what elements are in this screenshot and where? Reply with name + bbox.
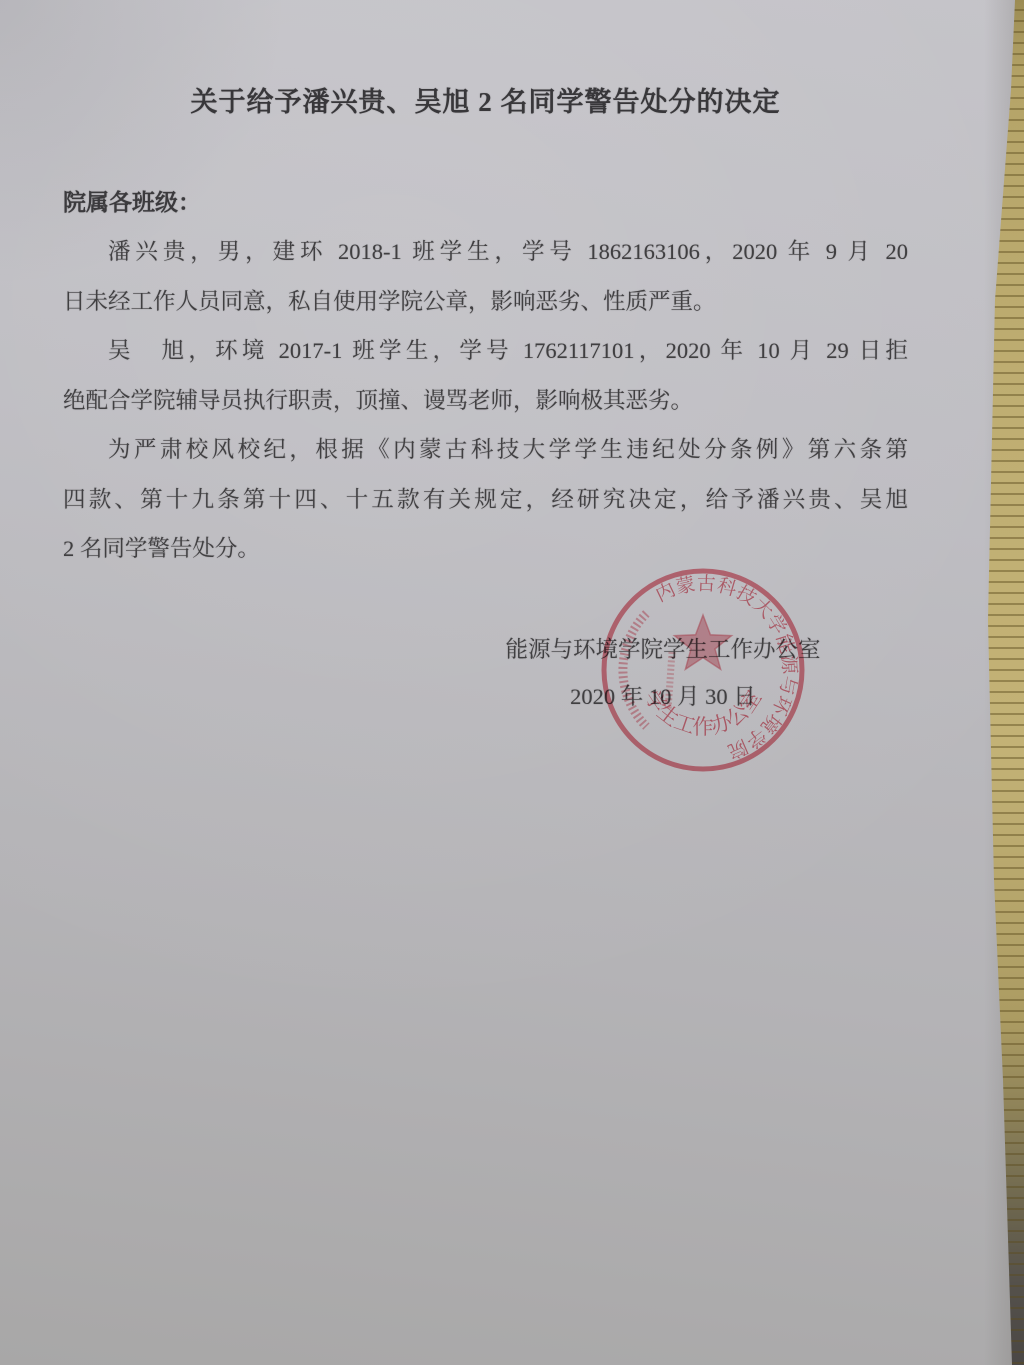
paragraph-3-line-2: 四款、第十九条第十四、十五款有关规定，经研究决定，给予潘兴贵、吴旭 xyxy=(63,475,908,525)
star-icon xyxy=(675,615,732,669)
paragraph-3: 为严肃校风校纪，根据《内蒙古科技大学学生违纪处分条例》第六条第 四款、第十九条第… xyxy=(63,425,908,574)
paragraph-2: 吴 旭，环境 2017-1 班学生，学号 1762117101，2020 年 1… xyxy=(63,326,908,425)
document-page: 关于给予潘兴贵、吴旭 2 名同学警告处分的决定 院属各班级： 潘兴贵，男，建环 … xyxy=(0,0,1024,1365)
official-seal-stamp: 内蒙古科技大学能源与环境学院 学生工作办公室 xyxy=(593,560,813,780)
salutation: 院属各班级： xyxy=(63,184,201,217)
paragraph-2-line-1: 吴 旭，环境 2017-1 班学生，学号 1762117101，2020 年 1… xyxy=(63,326,908,376)
paragraph-3-line-1: 为严肃校风校纪，根据《内蒙古科技大学学生违纪处分条例》第六条第 xyxy=(63,425,908,475)
paragraph-2-line-2: 绝配合学院辅导员执行职责，顶撞、谩骂老师，影响极其恶劣。 xyxy=(63,376,908,426)
body-text: 潘兴贵，男，建环 2018-1 班学生，学号 1862163106，2020 年… xyxy=(63,227,908,574)
paragraph-1-line-2: 日未经工作人员同意，私自使用学院公章，影响恶劣、性质严重。 xyxy=(63,277,908,327)
paragraph-1-line-1: 潘兴贵，男，建环 2018-1 班学生，学号 1862163106，2020 年… xyxy=(63,227,908,277)
mongolian-script-arc xyxy=(623,613,646,726)
document-title: 关于给予潘兴贵、吴旭 2 名同学警告处分的决定 xyxy=(63,80,908,119)
paragraph-1: 潘兴贵，男，建环 2018-1 班学生，学号 1862163106，2020 年… xyxy=(63,227,908,326)
photo-background: 关于给予潘兴贵、吴旭 2 名同学警告处分的决定 院属各班级： 潘兴贵，男，建环 … xyxy=(0,0,1024,1365)
seal-outer-ring xyxy=(604,571,802,769)
